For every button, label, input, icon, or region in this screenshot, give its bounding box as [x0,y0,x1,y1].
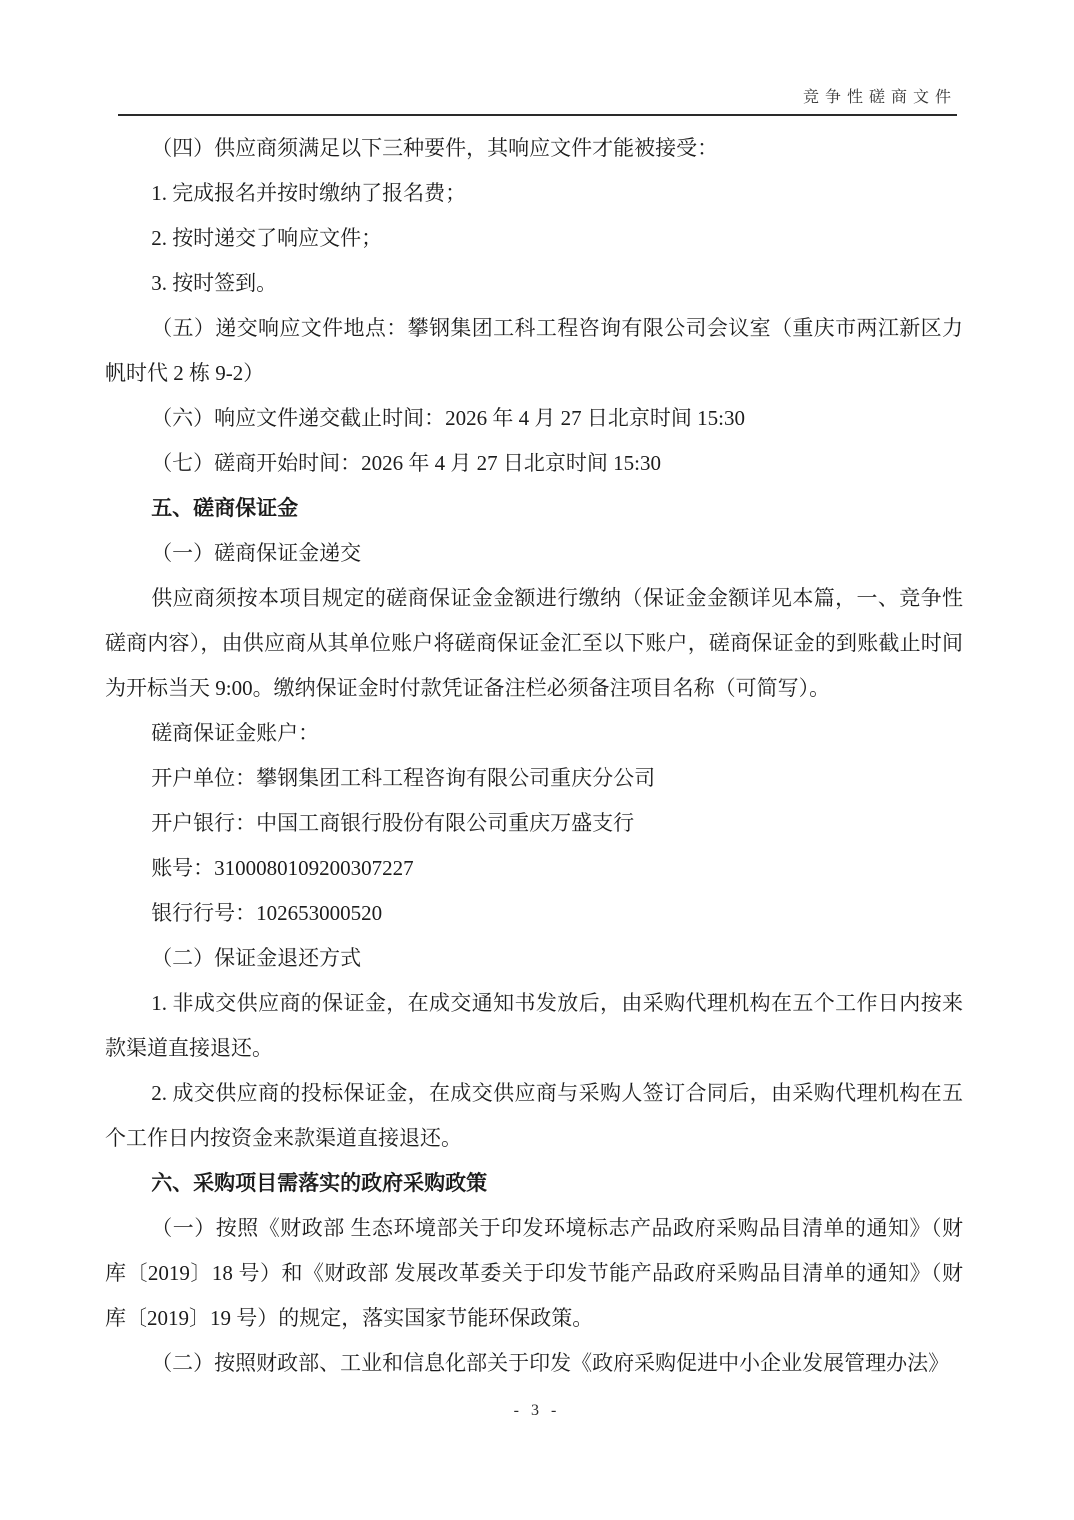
paragraph: 开户银行：中国工商银行股份有限公司重庆万盛支行 [105,801,963,846]
paragraph: （一）按照《财政部 生态环境部关于印发环境标志产品政府采购品目清单的通知》（财库… [105,1206,963,1341]
paragraph: （二）按照财政部、工业和信息化部关于印发《政府采购促进中小企业发展管理办法》 [105,1341,963,1386]
paragraph: 3. 按时签到。 [105,261,963,306]
paragraph: （一）磋商保证金递交 [105,531,963,576]
paragraph: 1. 非成交供应商的保证金，在成交通知书发放后，由采购代理机构在五个工作日内按来… [105,981,963,1071]
paragraph: （七）磋商开始时间：2026 年 4 月 27 日北京时间 15:30 [105,441,963,486]
document-page: 竞争性磋商文件 （四）供应商须满足以下三种要件，其响应文件才能被接受：1. 完成… [0,0,1074,1520]
paragraph: （二）保证金退还方式 [105,936,963,981]
paragraph: （五）递交响应文件地点：攀钢集团工科工程咨询有限公司会议室（重庆市两江新区力帆时… [105,306,963,396]
page-footer: - 3 - [0,1402,1074,1420]
paragraph: 账号：3100080109200307227 [105,846,963,891]
paragraph: （四）供应商须满足以下三种要件，其响应文件才能被接受： [105,126,963,171]
page-number: - 3 - [514,1402,561,1419]
paragraph: 银行行号：102653000520 [105,891,963,936]
header-title: 竞争性磋商文件 [803,89,957,106]
paragraph: 1. 完成报名并按时缴纳了报名费； [105,171,963,216]
page-header: 竞争性磋商文件 [118,84,957,116]
paragraph: 磋商保证金账户： [105,711,963,756]
paragraph: （六）响应文件递交截止时间：2026 年 4 月 27 日北京时间 15:30 [105,396,963,441]
paragraph: 2. 按时递交了响应文件； [105,216,963,261]
section-heading: 六、采购项目需落实的政府采购政策 [105,1161,963,1206]
paragraph: 开户单位：攀钢集团工科工程咨询有限公司重庆分公司 [105,756,963,801]
document-body: （四）供应商须满足以下三种要件，其响应文件才能被接受：1. 完成报名并按时缴纳了… [105,126,963,1386]
section-heading: 五、磋商保证金 [105,486,963,531]
paragraph: 2. 成交供应商的投标保证金，在成交供应商与采购人签订合同后，由采购代理机构在五… [105,1071,963,1161]
paragraph: 供应商须按本项目规定的磋商保证金金额进行缴纳（保证金金额详见本篇，一、竞争性磋商… [105,576,963,711]
